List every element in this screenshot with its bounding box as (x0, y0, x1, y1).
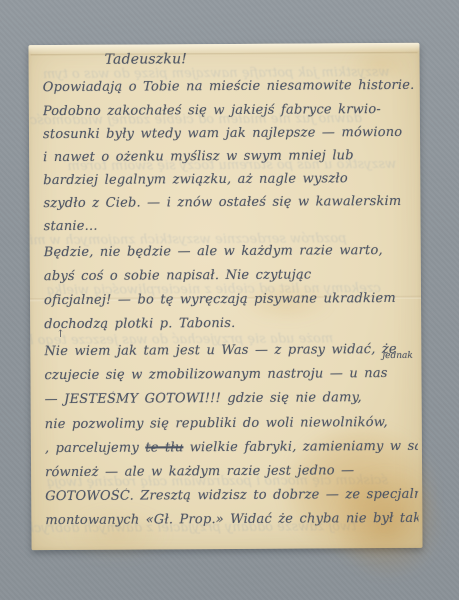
letter-line: GOTOWOŚĆ. Zresztą widzisz to dobrze — ze… (45, 487, 418, 513)
letter-line: bardziej legalnym związku, aż nagle wysz… (43, 171, 416, 197)
letter-line: — JESTEŚMY GOTOWI!!! gdzie się nie damy, (45, 390, 418, 416)
struck-out-word: te tłu (145, 440, 183, 455)
letter-line: Będzie, nie będzie — ale w każdym razie … (44, 243, 417, 269)
letter-line: oficjalnej! — bo tę wyręczają pisywane u… (44, 291, 417, 317)
letter-line: Opowiadają o Tobie na mieście niesamowit… (43, 78, 416, 104)
letter-paper: wszystkim jak potrafię nawzajem piszę do… (28, 43, 422, 550)
letter-line: dochodzą plotki p. Tabonis. (44, 315, 417, 341)
letter-line-with-strikethrough: , parcelujemy te tłu wielkie fabryki, za… (45, 439, 418, 465)
letter-line: szydło z Cieb. — i znów ostałeś się w ka… (43, 194, 416, 220)
insertion-caret-mark: ↑ (56, 329, 64, 340)
letter-line: stosunki były wtedy wam jak najlepsze — … (43, 125, 416, 151)
inserted-word-above-line: jednak (382, 351, 413, 361)
letter-photo: wszystkim jak potrafię nawzajem piszę do… (0, 0, 459, 600)
letter-line: stanie... (44, 217, 417, 243)
salutation: Tadeuszku! (105, 50, 416, 76)
letter-line: Nie wiem jak tam jest u Was — z prasy wi… (44, 342, 417, 368)
letter-line: montowanych «Gł. Prop.» Widać że chyba n… (45, 511, 418, 537)
letter-line: nie pozwolimy się republiki do woli niew… (45, 415, 418, 441)
letter-line: czujecie się w zmobilizowanym nastroju —… (44, 366, 417, 392)
handwriting-layer: Tadeuszku! Opowiadają o Tobie na mieście… (28, 43, 422, 550)
line-segment: wielkie fabryki, zamieniamy w same (183, 439, 418, 455)
line-segment: , parcelujemy (45, 440, 145, 456)
letter-line: i nawet o ożenku myślisz w swym mniej lu… (43, 148, 416, 174)
letter-line: Podobno zakochałeś się w jakiejś fabryce… (43, 102, 416, 128)
letter-line: abyś coś o sobie napisał. Nie czytując (44, 267, 417, 293)
letter-line: również — ale w każdym razie jest jedno … (45, 463, 418, 489)
